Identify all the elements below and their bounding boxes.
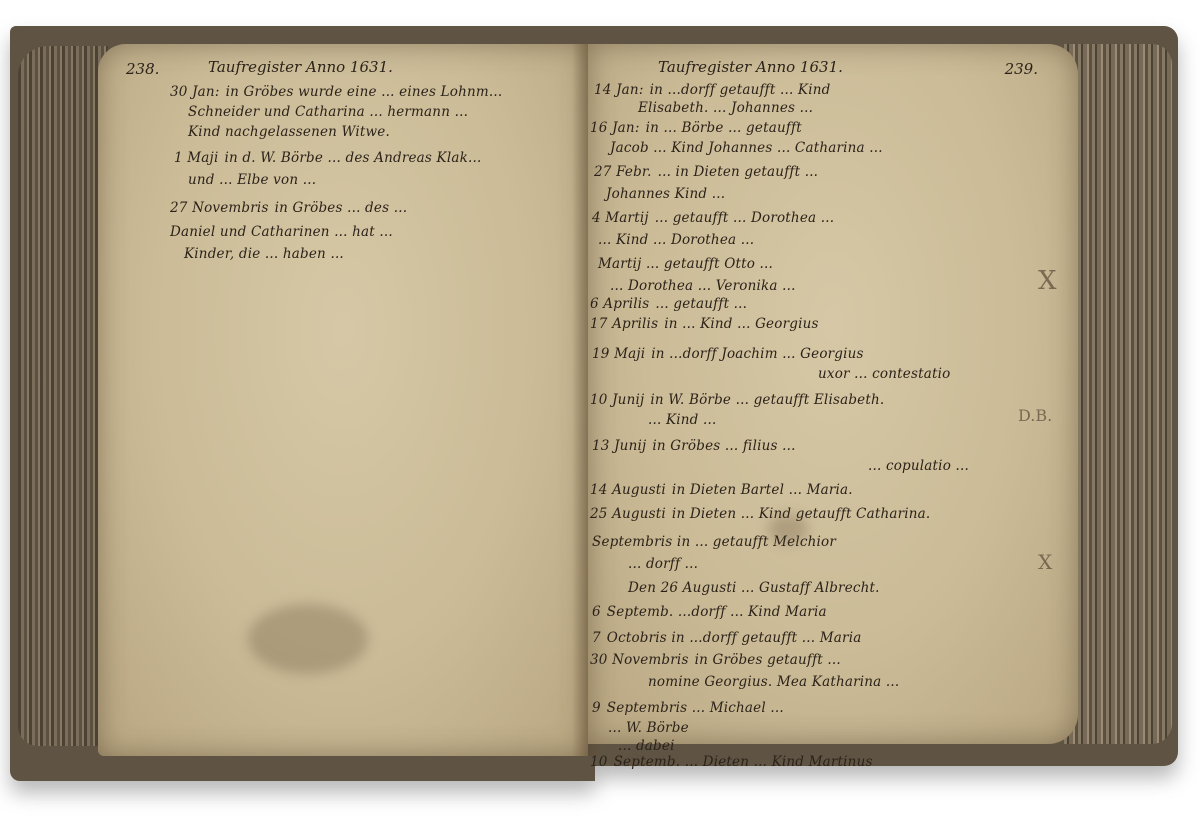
page-number: 239.: [1005, 60, 1038, 78]
register-entry: 16 Jan:in ... Börbe ... getaufft: [590, 120, 802, 136]
register-entry: 30 Novembrisin Gröbes getaufft ...: [590, 652, 841, 668]
margin-cross-mark: X: [1038, 550, 1052, 574]
register-entry: Jacob ... Kind Johannes ... Catharina ..…: [610, 140, 883, 156]
register-entry: Schneider und Catharina ... hermann ...: [188, 104, 468, 120]
register-entry: 6Septemb. ...dorff ... Kind Maria: [592, 604, 827, 620]
page-heading: Taufregister Anno 1631.: [658, 58, 843, 76]
register-entry: ... Kind ... Dorothea ...: [598, 232, 754, 248]
register-entry: 27 Novembrisin Gröbes ... des ...: [170, 200, 407, 216]
register-entry: 1 Majiin d. W. Börbe ... des Andreas Kla…: [174, 150, 481, 166]
register-entry: 7Octobris in ...dorff getaufft ... Maria: [592, 630, 861, 646]
register-entry: ... Dorothea ... Veronika ...: [610, 278, 796, 294]
page-edges-right: [1064, 44, 1172, 744]
page-heading: Taufregister Anno 1631.: [208, 58, 393, 76]
register-entry: 9Septembris ... Michael ...: [592, 700, 784, 716]
register-entry: Elisabeth. ... Johannes ...: [638, 100, 813, 116]
ink-smudge: [768, 514, 808, 544]
register-entry: ... dorff ...: [628, 556, 698, 572]
right-page: 239. Taufregister Anno 1631. 14 Jan:in .…: [588, 44, 1078, 744]
register-entry: 17 Aprilisin ... Kind ... Georgius: [590, 316, 819, 332]
register-entry: Den 26 Augusti ... Gustaff Albrecht.: [628, 580, 880, 596]
register-entry: ... copulatio ...: [868, 458, 969, 474]
register-entry: Johannes Kind ...: [606, 186, 725, 202]
register-entry: 14 Augustiin Dieten Bartel ... Maria.: [590, 482, 853, 498]
page-edges-left: [18, 46, 108, 746]
register-entry: Kind nachgelassenen Witwe.: [188, 124, 390, 140]
open-register-book: 238. Taufregister Anno 1631. 30 Jan:in G…: [10, 26, 1178, 784]
register-entry: ... dabei: [618, 738, 675, 754]
register-entry: 19 Majiin ...dorff Joachim ... Georgius: [592, 346, 864, 362]
register-entry: 10 Junijin W. Börbe ... getaufft Elisabe…: [590, 392, 884, 408]
register-entry: ... W. Börbe: [608, 720, 689, 736]
register-entry: ... Kind ...: [648, 412, 716, 428]
left-page: 238. Taufregister Anno 1631. 30 Jan:in G…: [98, 44, 588, 756]
register-entry: uxor ... contestatio: [818, 366, 950, 382]
register-entry: 25 Augustiin Dieten ... Kind getaufft Ca…: [590, 506, 930, 522]
register-entry: 30 Jan:in Gröbes wurde eine ... eines Lo…: [170, 84, 502, 100]
page-number: 238.: [126, 60, 159, 78]
register-entry: nomine Georgius. Mea Katharina ...: [648, 674, 899, 690]
register-entry: Martij ... getaufft Otto ...: [598, 256, 773, 272]
register-entry: 6 Aprilis... getaufft ...: [590, 296, 747, 312]
water-stain: [248, 604, 368, 674]
register-entry: Daniel und Catharinen ... hat ...: [170, 224, 393, 240]
register-entry: Kinder, die ... haben ...: [184, 246, 344, 262]
margin-initials-mark: D.B.: [1018, 406, 1052, 425]
register-entry: 27 Febr.... in Dieten getaufft ...: [594, 164, 818, 180]
register-entry: 10Septemb. ... Dieten ... Kind Martinus: [590, 754, 873, 770]
margin-cross-mark: X: [1038, 266, 1057, 296]
register-entry: und ... Elbe von ...: [188, 172, 316, 188]
register-entry: 14 Jan:in ...dorff getaufft ... Kind: [594, 82, 830, 98]
register-entry: 4 Martij... getaufft ... Dorothea ...: [592, 210, 834, 226]
register-entry: 13 Junijin Gröbes ... filius ...: [592, 438, 796, 454]
